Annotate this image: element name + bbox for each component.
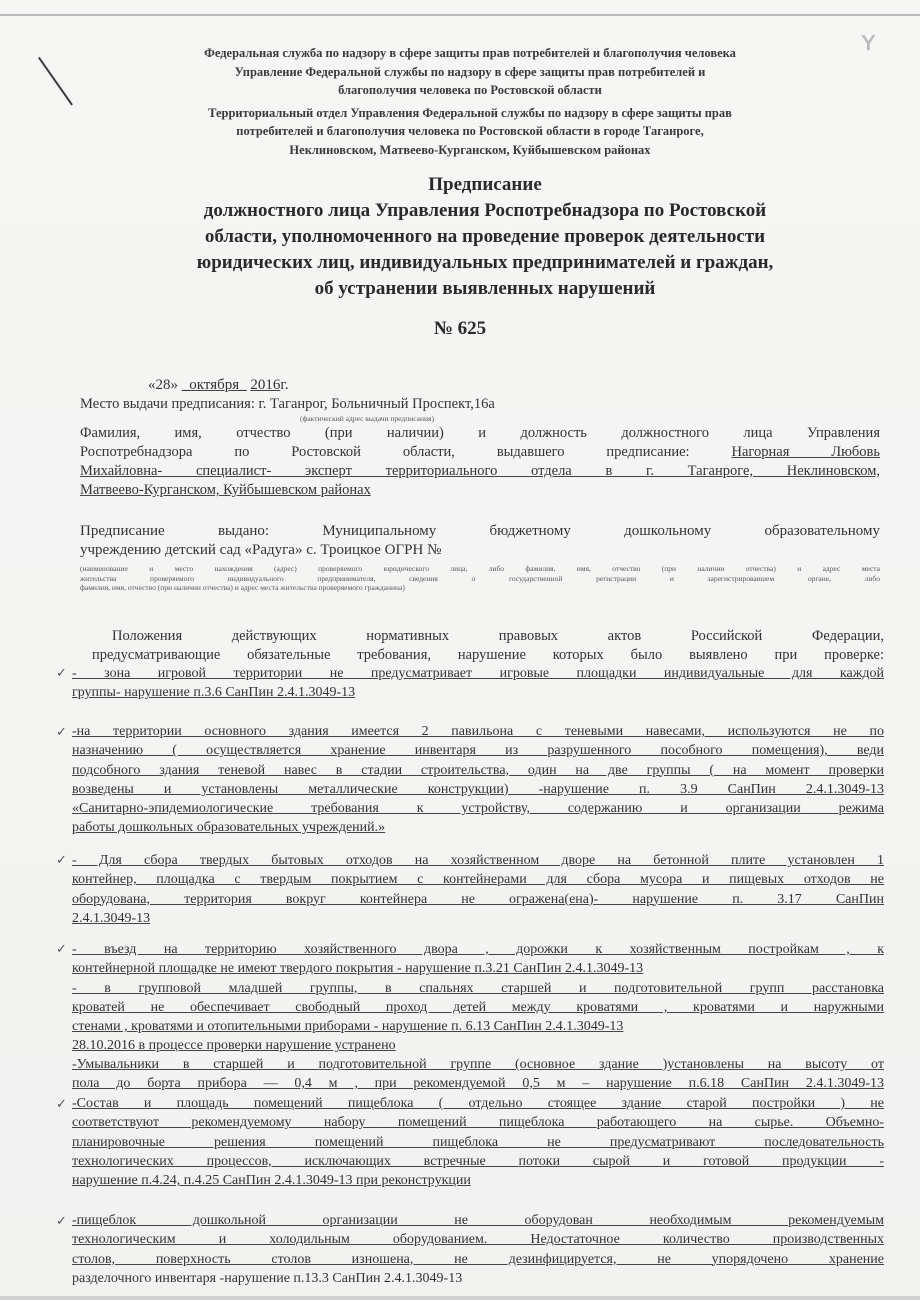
corner-handwritten-mark: ʏ: [860, 24, 877, 57]
violation-item: -пищеблок дошкольной организации не обор…: [72, 1211, 884, 1288]
place-label: Место выдачи предписания:: [80, 396, 255, 412]
scanned-document-page: ʏ Федеральная служба по надзору в сфере …: [0, 0, 920, 1300]
violation-line: стенами , кроватями и отопительными приб…: [72, 1017, 884, 1036]
issue-date: «28» _октября_ 2016г.: [148, 376, 289, 395]
org-line: Управление Федеральной службы по надзору…: [130, 63, 810, 82]
official-name: Нагорная Любовь: [732, 444, 881, 460]
violation-line: работы дошкольных образовательных учрежд…: [72, 818, 884, 837]
violation-item: - въезд на территорию хозяйственного дво…: [72, 940, 884, 1056]
violation-line: технологических процессов, исключающих в…: [72, 1152, 884, 1171]
intro-line: предусматривающие обязательные требовани…: [72, 646, 884, 665]
check-mark-icon: ✓: [56, 942, 67, 957]
violation-line: столов, поверхность столов изношена, не …: [72, 1250, 884, 1269]
place-value: г. Таганрог, Больничный Проспект,16а: [259, 396, 495, 412]
date-month: _октября_: [182, 377, 247, 393]
violation-item: -на территории основного здания имеется …: [72, 722, 884, 838]
caption-line: жительства проверяемого индивидуального …: [80, 574, 880, 584]
violation-item: - зона игровой территории не предусматри…: [72, 664, 884, 703]
check-mark-icon: ✓: [56, 853, 67, 868]
violation-line: - Для сбора твердых бытовых отходов на х…: [72, 851, 884, 870]
official-label: Роспотребнадзора по Ростовской области, …: [80, 444, 690, 460]
violation-line: - зона игровой территории не предусматри…: [72, 664, 884, 683]
recipient-line: Предписание выдано: Муниципальному бюдже…: [80, 522, 880, 541]
check-mark-icon: ✓: [56, 1097, 67, 1112]
violation-line: «Санитарно-эпидемиологические требования…: [72, 799, 884, 818]
violation-line: - въезд на территорию хозяйственного дво…: [72, 940, 884, 959]
official-line: Роспотребнадзора по Ростовской области, …: [80, 443, 880, 462]
pen-stroke-mark: [38, 57, 73, 106]
violation-line: технологическим и холодильным оборудован…: [72, 1230, 884, 1249]
violation-line: разделочного инвентаря -нарушение п.13.3…: [72, 1269, 884, 1288]
date-day: «28»: [148, 377, 178, 393]
caption-line: (наименование и место нахождения (адрес)…: [80, 564, 880, 574]
title-line: об устранении выявленных нарушений: [150, 276, 820, 302]
intro-line: Положения действующих нормативных правов…: [72, 627, 884, 646]
violation-line: 28.10.2016 в процессе проверки нарушение…: [72, 1036, 884, 1055]
official-block: Фамилия, имя, отчество (при наличии) и д…: [80, 424, 880, 500]
recipient-caption: (наименование и место нахождения (адрес)…: [80, 564, 880, 593]
title-line: Предписание: [150, 172, 820, 198]
check-mark-icon: ✓: [56, 1214, 67, 1229]
scan-bottom-edge: [0, 1296, 920, 1300]
violation-line: соответствуют рекомендуемому набору поме…: [72, 1113, 884, 1132]
official-line: Матвеево-Курганском, Куйбышевском района…: [80, 481, 880, 500]
check-mark-icon: ✓: [56, 725, 67, 740]
title-line: должностного лица Управления Роспотребна…: [150, 198, 820, 224]
caption-line: фамилия, имя, отчество (при наличии отче…: [80, 583, 880, 593]
violation-line: возведены и установлены металлические ко…: [72, 780, 884, 799]
title-line: юридических лиц, индивидуальных предприн…: [150, 250, 820, 276]
org-line: благополучия человека по Ростовской обла…: [130, 81, 810, 100]
violation-line: 2.4.1.3049-13: [72, 909, 884, 928]
violation-line: -Состав и площадь помещений пищеблока ( …: [72, 1094, 884, 1113]
official-line: Фамилия, имя, отчество (при наличии) и д…: [80, 424, 880, 443]
violation-line: -пищеблок дошкольной организации не обор…: [72, 1211, 884, 1230]
violation-line: подсобного здания теневой навес в стадии…: [72, 761, 884, 780]
issue-place: Место выдачи предписания: г. Таганрог, Б…: [80, 395, 495, 414]
org-line: Территориальный отдел Управления Федерал…: [130, 104, 810, 123]
violation-item: - Для сбора твердых бытовых отходов на х…: [72, 851, 884, 928]
violation-line: - в групповой младшей группы, в спальнях…: [72, 979, 884, 998]
place-caption: (фактический адрес выдачи предписания): [300, 414, 434, 424]
violation-line: -на территории основного здания имеется …: [72, 722, 884, 741]
violation-line: контейнер, площадка с твердым покрытием …: [72, 870, 884, 889]
recipient-line: учреждению детский сад «Радуга» с. Троиц…: [80, 541, 880, 560]
issuing-organization-header: Федеральная служба по надзору в сфере за…: [130, 44, 810, 159]
violation-line: пола до борта прибора — 0,4 м , при реко…: [72, 1074, 884, 1093]
violation-line: назначению ( осуществляется хранение инв…: [72, 741, 884, 760]
title-line: области, уполномоченного на проведение п…: [150, 224, 820, 250]
violation-line: группы- нарушение п.3.6 СанПин 2.4.1.304…: [72, 683, 884, 702]
violation-line: нарушение п.4.24, п.4.25 СанПин 2.4.1.30…: [72, 1171, 884, 1190]
violation-item: -Умывальники в старшей и подготовительно…: [72, 1055, 884, 1094]
org-line: Неклиновском, Матвеево-Курганском, Куйбы…: [130, 141, 810, 160]
date-year: 2016: [250, 377, 280, 393]
violation-line: планировочные решения помещений пищеблок…: [72, 1133, 884, 1152]
recipient-block: Предписание выдано: Муниципальному бюдже…: [80, 522, 880, 560]
org-line: Федеральная служба по надзору в сфере за…: [130, 44, 810, 63]
document-title: Предписание должностного лица Управления…: [150, 172, 820, 302]
violation-line: кроватей не обеспечивает свободный прохо…: [72, 998, 884, 1017]
violation-item: -Состав и площадь помещений пищеблока ( …: [72, 1094, 884, 1190]
document-number: № 625: [0, 318, 920, 340]
violation-line: -Умывальники в старшей и подготовительно…: [72, 1055, 884, 1074]
official-line: Михайловна- специалист- эксперт территор…: [80, 462, 880, 481]
check-mark-icon: ✓: [56, 666, 67, 681]
date-suffix: г.: [280, 377, 288, 393]
violation-line: контейнерной площадке не имеют твердого …: [72, 959, 884, 978]
org-line: потребителей и благополучия человека по …: [130, 122, 810, 141]
intro-block: Положения действующих нормативных правов…: [72, 627, 884, 665]
violation-line: оборудована, территория вокруг контейнер…: [72, 890, 884, 909]
scan-top-edge: [0, 14, 920, 16]
